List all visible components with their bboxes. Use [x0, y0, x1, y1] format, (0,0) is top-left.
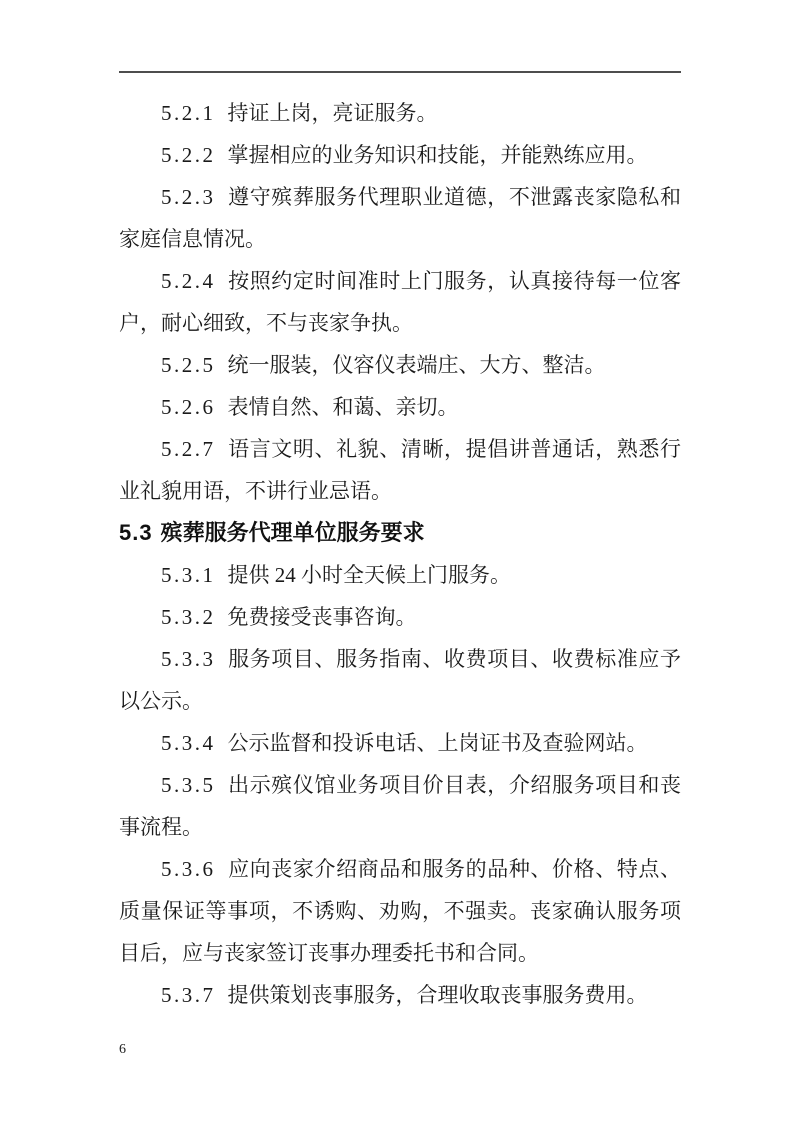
clause-paragraph: 5.2.7语言文明、礼貌、清晰，提倡讲普通话，熟悉行业礼貌用语，不讲行业忌语。	[119, 428, 681, 512]
clause-paragraph: 5.3.2免费接受丧事咨询。	[119, 596, 681, 638]
clause-paragraph: 5.2.2掌握相应的业务知识和技能，并能熟练应用。	[119, 134, 681, 176]
clause-number: 5.3.4	[161, 731, 216, 755]
clause-paragraph: 5.2.3遵守殡葬服务代理职业道德，不泄露丧家隐私和家庭信息情况。	[119, 176, 681, 260]
header-rule	[119, 71, 681, 73]
clause-text: 提供策划丧事服务，合理收取丧事服务费用。	[228, 983, 648, 1007]
clause-paragraph: 5.3.5出示殡仪馆业务项目价目表，介绍服务项目和丧事流程。	[119, 764, 681, 848]
clause-number: 5.3.3	[161, 647, 216, 671]
clause-number: 5.2.7	[161, 437, 216, 461]
page-number: 6	[119, 1042, 126, 1058]
clause-number: 5.2.6	[161, 395, 216, 419]
clause-paragraph: 5.3.4公示监督和投诉电话、上岗证书及查验网站。	[119, 722, 681, 764]
clause-paragraph: 5.2.5统一服装，仪容仪表端庄、大方、整洁。	[119, 344, 681, 386]
clause-number: 5.2.4	[161, 269, 216, 293]
clause-text: 掌握相应的业务知识和技能，并能熟练应用。	[228, 143, 648, 167]
clause-text: 提供 24 小时全天候上门服务。	[228, 563, 512, 587]
clause-paragraph: 5.2.1持证上岗，亮证服务。	[119, 92, 681, 134]
clause-text: 持证上岗，亮证服务。	[228, 101, 438, 125]
clause-paragraph: 5.3.1提供 24 小时全天候上门服务。	[119, 554, 681, 596]
clause-number: 5.3.1	[161, 563, 216, 587]
clause-paragraph: 5.3.7提供策划丧事服务，合理收取丧事服务费用。	[119, 974, 681, 1016]
clause-number: 5.3.5	[161, 773, 216, 797]
clause-text: 公示监督和投诉电话、上岗证书及查验网站。	[228, 731, 648, 755]
section-heading: 5.3殡葬服务代理单位服务要求	[119, 512, 681, 554]
clause-number: 5.3.2	[161, 605, 216, 629]
clause-text: 殡葬服务代理单位服务要求	[161, 520, 425, 545]
clause-number: 5.2.1	[161, 101, 216, 125]
clause-text: 统一服装，仪容仪表端庄、大方、整洁。	[228, 353, 606, 377]
clause-number: 5.2.2	[161, 143, 216, 167]
clause-paragraph: 5.2.4按照约定时间准时上门服务，认真接待每一位客户，耐心细致，不与丧家争执。	[119, 260, 681, 344]
clause-paragraph: 5.3.3服务项目、服务指南、收费项目、收费标准应予以公示。	[119, 638, 681, 722]
document-page: 5.2.1持证上岗，亮证服务。5.2.2掌握相应的业务知识和技能，并能熟练应用。…	[0, 0, 800, 1131]
clause-number: 5.2.3	[161, 185, 216, 209]
document-content: 5.2.1持证上岗，亮证服务。5.2.2掌握相应的业务知识和技能，并能熟练应用。…	[119, 92, 681, 1016]
clause-paragraph: 5.3.6应向丧家介绍商品和服务的品种、价格、特点、质量保证等事项，不诱购、劝购…	[119, 848, 681, 974]
clause-number: 5.3.7	[161, 983, 216, 1007]
clause-text: 表情自然、和蔼、亲切。	[228, 395, 459, 419]
clause-number: 5.3	[119, 520, 153, 545]
clause-text: 免费接受丧事咨询。	[228, 605, 417, 629]
clause-number: 5.3.6	[161, 857, 216, 881]
clause-paragraph: 5.2.6表情自然、和蔼、亲切。	[119, 386, 681, 428]
clause-number: 5.2.5	[161, 353, 216, 377]
